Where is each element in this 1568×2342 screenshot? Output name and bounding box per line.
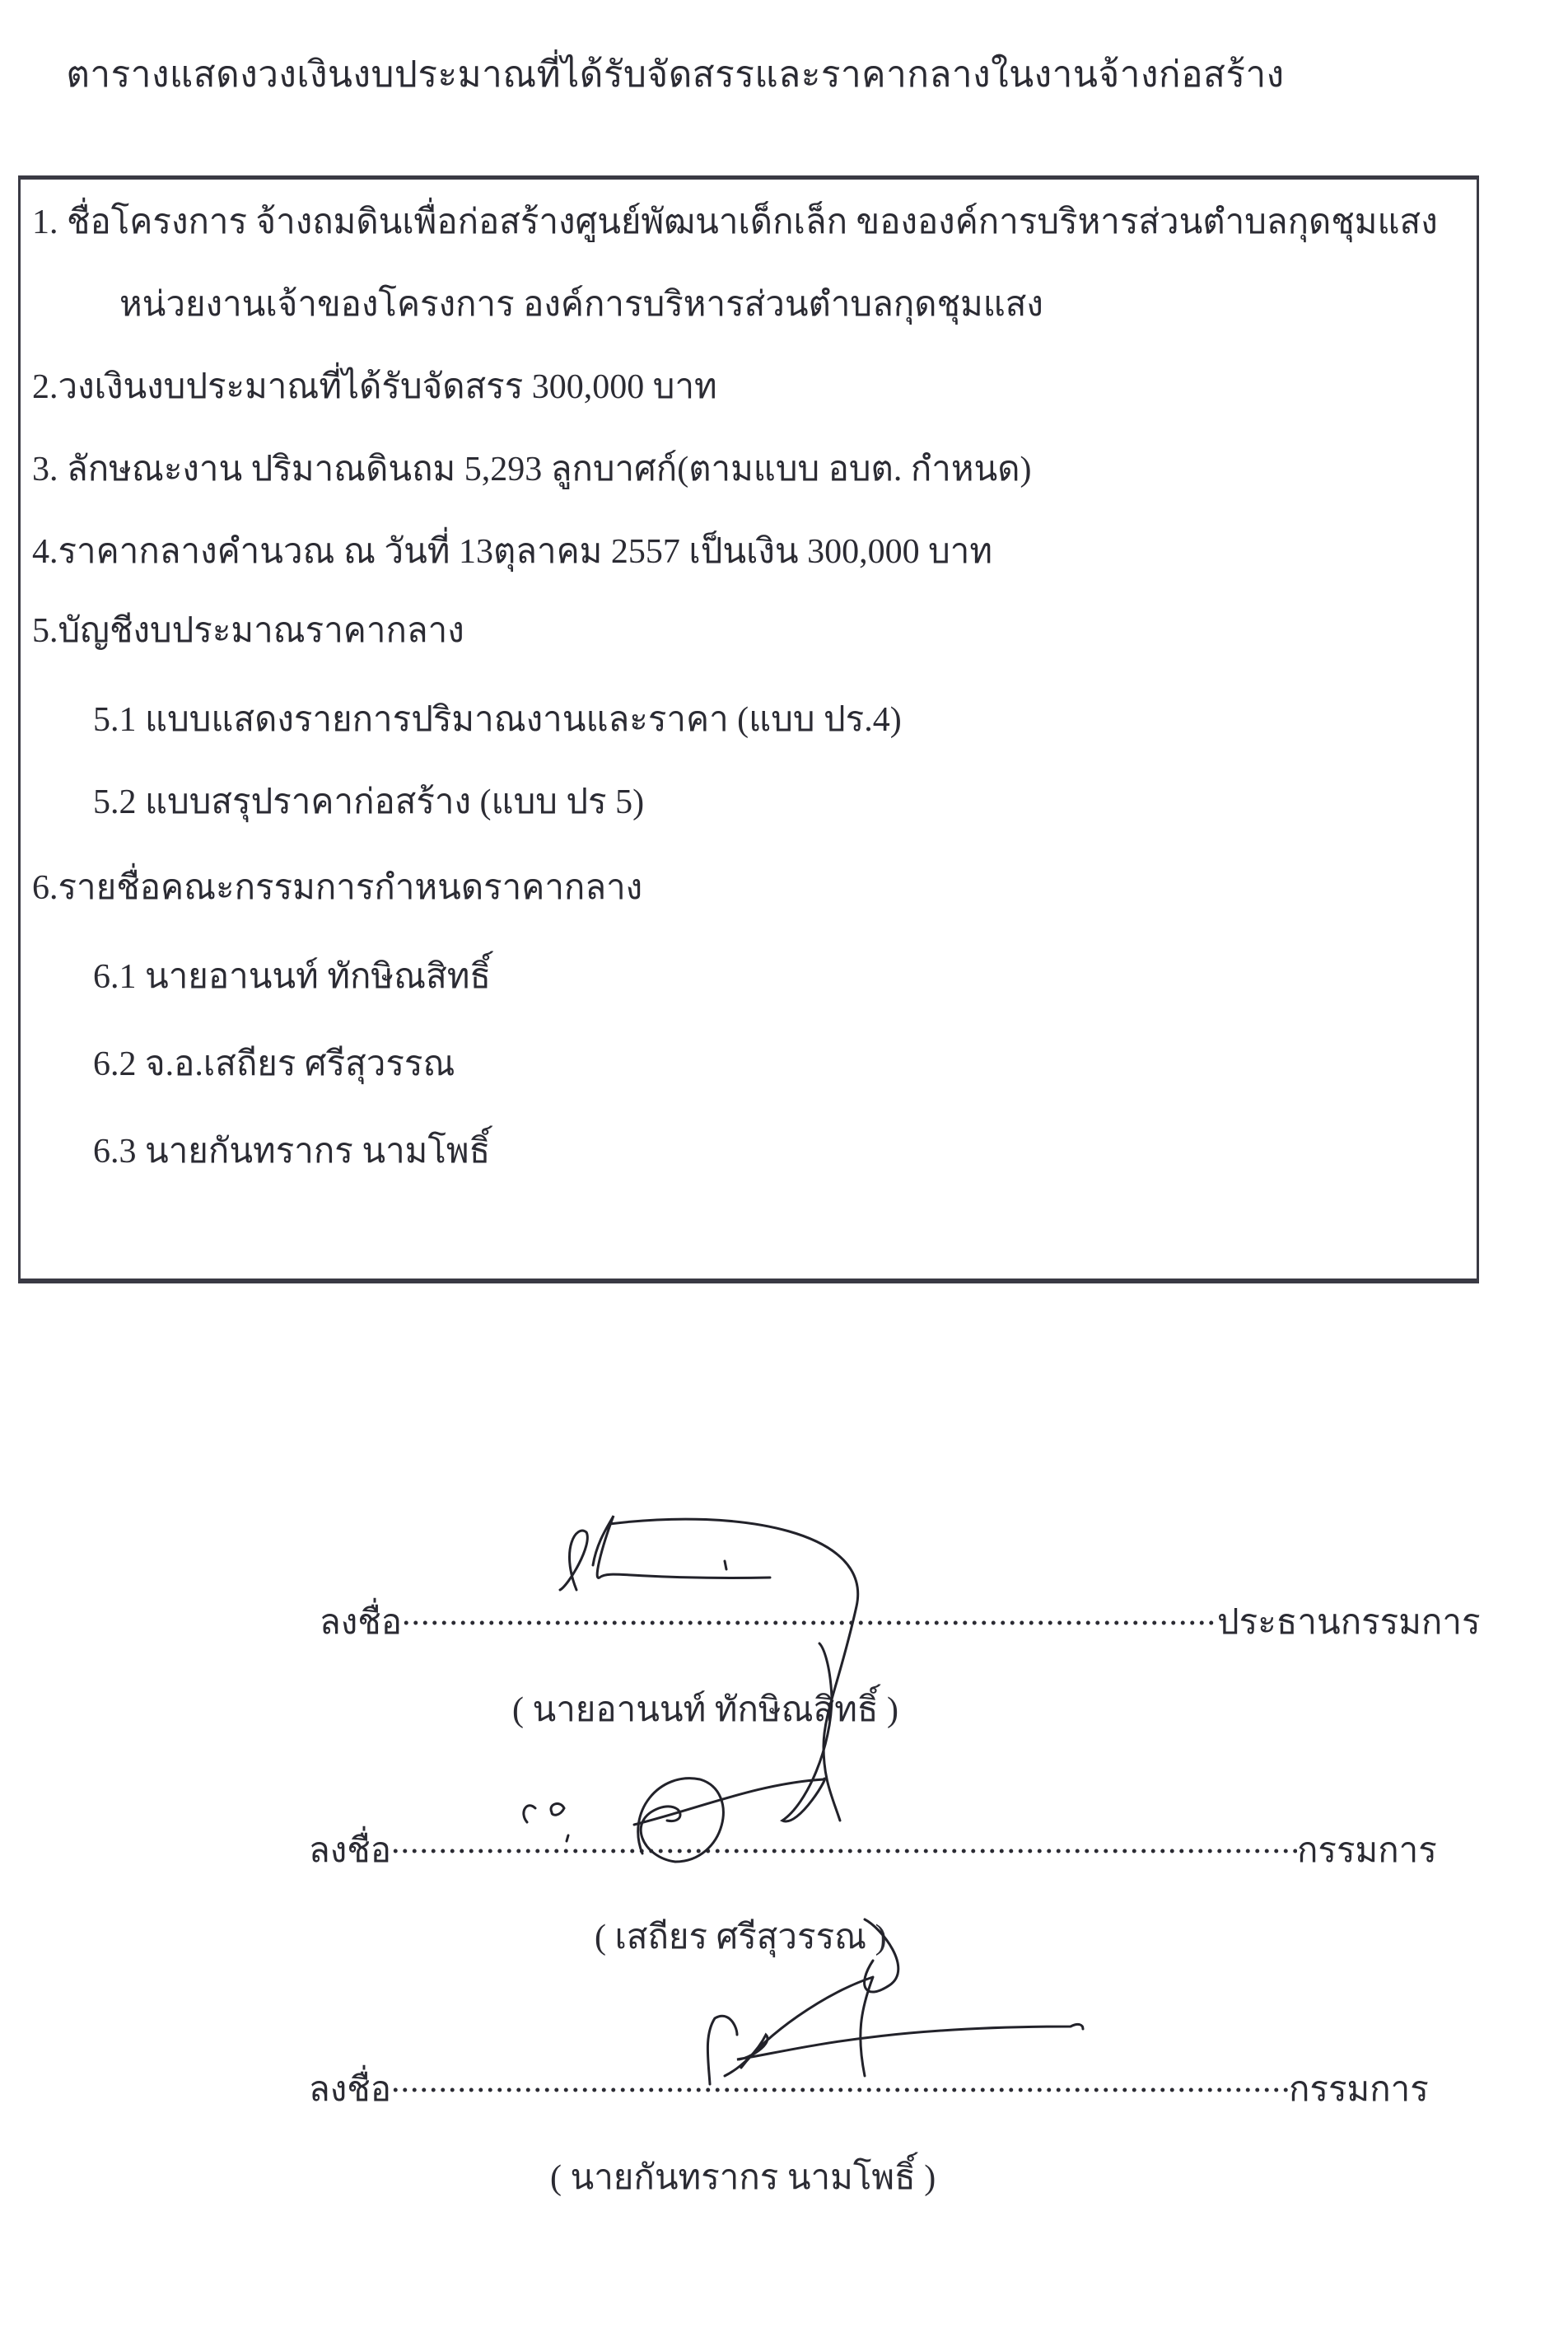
committee-member-3: 6.3 นายกันทรากร นามโพธิ์ [93, 1124, 490, 1178]
signature-dots: ........................................… [391, 1822, 1297, 1862]
signature-dots: ........................................… [402, 1594, 1217, 1634]
price-list-item-1: 5.1 แบบแสดงรายการปริมาณงานและราคา (แบบ ป… [93, 692, 902, 746]
signature-role: ประธานกรรมการ [1217, 1604, 1481, 1642]
signer-name-member-1: ( เสถียร ศรีสุวรรณ ) [595, 1910, 887, 1964]
signature-1-scribble [560, 1516, 858, 1821]
signature-dots: ........................................… [391, 2061, 1289, 2101]
work-nature: 3. ลักษณะงาน ปริมาณดินถม 5,293 ลูกบาศก์(… [32, 442, 1032, 496]
sign-label: ลงชื่อ [320, 1604, 402, 1642]
committee-member-1: 6.1 นายอานนท์ ทักษิณสิทธิ์ [93, 949, 491, 1003]
signature-line-chairman: ลงชื่อ..................................… [320, 1594, 1481, 1649]
sign-label: ลงชื่อ [309, 1832, 391, 1870]
project-name: 1. ชื่อโครงการ จ้างถมดินเพื่อก่อสร้างศูน… [32, 194, 1438, 249]
signature-role: กรรมการ [1297, 1832, 1437, 1870]
project-info-box: 1. ชื่อโครงการ จ้างถมดินเพื่อก่อสร้างศูน… [18, 175, 1479, 1283]
committee-heading: 6.รายชื่อคณะกรรมการกำหนดราคากลาง [32, 860, 642, 914]
signer-name-chairman: ( นายอานนท์ ทักษิณสิทธิ์ ) [512, 1682, 898, 1737]
owner-agency: หน่วยงานเจ้าของโครงการ องค์การบริหารส่วน… [119, 277, 1043, 331]
document-title: ตารางแสดงวงเงินงบประมาณที่ได้รับจัดสรรแล… [0, 45, 1351, 103]
sign-label: ลงชื่อ [309, 2071, 391, 2109]
signer-name-member-2: ( นายกันทรากร นามโพธิ์ ) [550, 2150, 936, 2204]
committee-member-2: 6.2 จ.อ.เสถียร ศรีสุวรรณ [93, 1036, 455, 1091]
median-price: 4.ราคากลางคำนวณ ณ วันที่ 13ตุลาคม 2557 เ… [32, 524, 992, 578]
price-list-heading: 5.บัญชีงบประมาณราคากลาง [32, 603, 464, 657]
signature-line-member-2: ลงชื่อ..................................… [309, 2061, 1429, 2116]
signature-line-member-1: ลงชื่อ..................................… [309, 1822, 1437, 1877]
price-list-item-2: 5.2 แบบสรุปราคาก่อสร้าง (แบบ ปร 5) [93, 774, 644, 829]
budget-amount: 2.วงเงินงบประมาณที่ได้รับจัดสรร 300,000 … [32, 359, 717, 414]
signature-role: กรรมการ [1289, 2071, 1429, 2109]
